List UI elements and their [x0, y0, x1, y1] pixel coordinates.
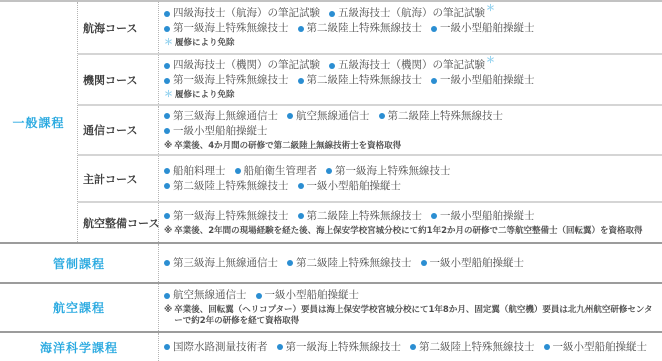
qualification-item: 第一級海上特殊無線技士 — [164, 21, 289, 36]
qualifications-cell: 第三級海上無線通信士第二級陸上特殊無線技士一級小型船舶操縦士 — [158, 244, 662, 282]
qualification-text: 一級小型船舶操縦士 — [307, 179, 402, 194]
note: ＊履修により免除 — [164, 38, 658, 49]
bullet-icon — [431, 78, 437, 84]
qualification-line: 航空無線通信士一級小型船舶操縦士 — [164, 288, 658, 303]
course-row: 国際水路測量技術者第一級海上特殊無線技士第二級陸上特殊無線技士一級小型船舶操縦士 — [158, 333, 662, 361]
bullet-icon — [164, 183, 170, 189]
qualification-text: 第二級陸上特殊無線技士 — [307, 209, 423, 224]
qualification-item: 第一級海上特殊無線技士 — [164, 209, 289, 224]
qualification-item: 一級小型船舶操縦士 — [544, 340, 648, 355]
course-rows: 航空無線通信士一級小型船舶操縦士※卒業後、回転翼（ヘリコプター）要員は海上保安学… — [158, 284, 662, 331]
bullet-icon — [329, 11, 335, 17]
bullet-icon — [287, 113, 293, 119]
bullet-icon — [164, 293, 170, 299]
qualifications-cell: 国際水路測量技術者第一級海上特殊無線技士第二級陸上特殊無線技士一級小型船舶操縦士 — [158, 333, 662, 361]
exemption-asterisk: ＊ — [486, 54, 495, 69]
note: ※卒業後、2年間の現場経験を経た後、海上保安学校宮城分校にて約1年2か月の研修で… — [164, 226, 658, 237]
course-row: 航海コース四級海技士（航海）の筆記試験五級海技士（航海）の筆記試験＊第一級海上特… — [78, 2, 662, 53]
qualification-text: 第二級陸上特殊無線技士 — [307, 73, 423, 88]
qualification-item: 航空無線通信士 — [287, 109, 370, 124]
course-section: 管制課程第三級海上無線通信士第二級陸上特殊無線技士一級小型船舶操縦士 — [0, 242, 662, 282]
bullet-icon — [326, 168, 332, 174]
qualification-line: 四級海技士（機関）の筆記試験五級海技士（機関）の筆記試験＊ — [164, 58, 658, 73]
bullet-icon — [164, 63, 170, 69]
qualification-line: 一級小型船舶操縦士 — [164, 124, 658, 139]
qualification-item: 第一級海上特殊無線技士 — [164, 73, 289, 88]
qualification-line: 船舶料理士船舶衛生管理者第一級海上特殊無線技士 — [164, 164, 658, 179]
qualification-text: 第二級陸上特殊無線技士 — [388, 109, 504, 124]
qualification-item: 第一級海上特殊無線技士 — [277, 340, 402, 355]
qualification-text: 一級小型船舶操縦士 — [440, 73, 535, 88]
note-mark: ＊ — [164, 38, 173, 49]
category-cell: 管制課程 — [0, 244, 158, 282]
qualification-item: 一級小型船舶操縦士 — [431, 21, 535, 36]
bullet-icon — [164, 344, 170, 350]
qualification-text: 五級海技士（航海）の筆記試験 — [338, 6, 485, 21]
qualifications-cell: 四級海技士（機関）の筆記試験五級海技士（機関）の筆記試験＊第一級海上特殊無線技士… — [158, 55, 662, 104]
qualification-text: 航空無線通信士 — [296, 109, 370, 124]
note-text: 履修により免除 — [175, 90, 658, 101]
qualification-text: 船舶衛生管理者 — [244, 164, 318, 179]
course-rows: 国際水路測量技術者第一級海上特殊無線技士第二級陸上特殊無線技士一級小型船舶操縦士 — [158, 333, 662, 361]
course-rows: 航海コース四級海技士（航海）の筆記試験五級海技士（航海）の筆記試験＊第一級海上特… — [78, 2, 662, 242]
qualification-text: 一級小型船舶操縦士 — [430, 256, 525, 271]
course-row: 主計コース船舶料理士船舶衛生管理者第一級海上特殊無線技士第二級陸上特殊無線技士一… — [78, 154, 662, 201]
qualification-line: 国際水路測量技術者第一級海上特殊無線技士第二級陸上特殊無線技士一級小型船舶操縦士 — [164, 340, 658, 355]
qualification-text: 第一級海上特殊無線技士 — [173, 209, 289, 224]
qualification-item: 四級海技士（機関）の筆記試験 — [164, 58, 320, 73]
bullet-icon — [164, 78, 170, 84]
qualification-item: 第一級海上特殊無線技士 — [326, 164, 451, 179]
bullet-icon — [431, 213, 437, 219]
note-text: 卒業後、回転翼（ヘリコプター）要員は海上保安学校宮城分校にて1年8か月、固定翼（… — [174, 305, 658, 327]
qualification-item: 第三級海上無線通信士 — [164, 109, 278, 124]
qualification-line: 第三級海上無線通信士第二級陸上特殊無線技士一級小型船舶操縦士 — [164, 256, 658, 271]
qualifications-cell: 航空無線通信士一級小型船舶操縦士※卒業後、回転翼（ヘリコプター）要員は海上保安学… — [158, 284, 662, 331]
qualifications-cell: 第一級海上特殊無線技士第二級陸上特殊無線技士一級小型船舶操縦士※卒業後、2年間の… — [158, 203, 662, 242]
qualifications-cell: 第三級海上無線通信士航空無線通信士第二級陸上特殊無線技士一級小型船舶操縦士※卒業… — [158, 106, 662, 154]
qualification-item: 第二級陸上特殊無線技士 — [298, 21, 423, 36]
qualification-text: 第一級海上特殊無線技士 — [173, 73, 289, 88]
qualification-table: 一般課程航海コース四級海技士（航海）の筆記試験五級海技士（航海）の筆記試験＊第一… — [0, 0, 662, 361]
note-text: 履修により免除 — [175, 38, 658, 49]
course-name: 通信コース — [78, 106, 158, 154]
qualification-text: 第二級陸上特殊無線技士 — [419, 340, 535, 355]
bullet-icon — [164, 113, 170, 119]
bullet-icon — [410, 344, 416, 350]
qualification-item: 第二級陸上特殊無線技士 — [298, 209, 423, 224]
qualification-text: 第二級陸上特殊無線技士 — [307, 21, 423, 36]
category-cell: 航空課程 — [0, 284, 158, 331]
qualification-text: 一級小型船舶操縦士 — [440, 209, 535, 224]
bullet-icon — [298, 26, 304, 32]
bullet-icon — [164, 128, 170, 134]
course-name: 機関コース — [78, 55, 158, 104]
qualification-item: 四級海技士（航海）の筆記試験 — [164, 6, 320, 21]
qualification-item: 一級小型船舶操縦士 — [298, 179, 402, 194]
qualification-item: 国際水路測量技術者 — [164, 340, 268, 355]
bullet-icon — [235, 168, 241, 174]
qualification-item: 一級小型船舶操縦士 — [421, 256, 525, 271]
qualification-item: 一級小型船舶操縦士 — [431, 209, 535, 224]
course-row: 機関コース四級海技士（機関）の筆記試験五級海技士（機関）の筆記試験＊第一級海上特… — [78, 53, 662, 104]
qualification-item: 第二級陸上特殊無線技士 — [164, 179, 289, 194]
qualification-text: 国際水路測量技術者 — [173, 340, 268, 355]
qualification-text: 第一級海上特殊無線技士 — [173, 21, 289, 36]
qualification-text: 第三級海上無線通信士 — [173, 256, 278, 271]
qualification-item: 第二級陸上特殊無線技士 — [298, 73, 423, 88]
qualification-line: 第一級海上特殊無線技士第二級陸上特殊無線技士一級小型船舶操縦士 — [164, 209, 658, 224]
course-row: 第三級海上無線通信士第二級陸上特殊無線技士一級小型船舶操縦士 — [158, 244, 662, 282]
qualification-line: 第一級海上特殊無線技士第二級陸上特殊無線技士一級小型船舶操縦士 — [164, 21, 658, 36]
course-section: 航空課程航空無線通信士一級小型船舶操縦士※卒業後、回転翼（ヘリコプター）要員は海… — [0, 282, 662, 331]
course-name: 航空整備コース — [78, 203, 158, 242]
qualification-text: 第三級海上無線通信士 — [173, 109, 278, 124]
bullet-icon — [421, 260, 427, 266]
note: ＊履修により免除 — [164, 90, 658, 101]
bullet-icon — [164, 168, 170, 174]
qualification-line: 第二級陸上特殊無線技士一級小型船舶操縦士 — [164, 179, 658, 194]
qualification-text: 第二級陸上特殊無線技士 — [296, 256, 412, 271]
qualification-item: 一級小型船舶操縦士 — [164, 124, 268, 139]
qualification-item: 船舶衛生管理者 — [235, 164, 318, 179]
category-cell: 一般課程 — [0, 2, 78, 242]
bullet-icon — [544, 344, 550, 350]
course-name: 航海コース — [78, 2, 158, 53]
qualification-text: 一級小型船舶操縦士 — [440, 21, 535, 36]
qualification-item: 航空無線通信士 — [164, 288, 247, 303]
qualification-item: 第二級陸上特殊無線技士 — [379, 109, 504, 124]
qualification-text: 一級小型船舶操縦士 — [265, 288, 360, 303]
qualification-item: 第二級陸上特殊無線技士 — [287, 256, 412, 271]
bullet-icon — [277, 344, 283, 350]
note-mark: ＊ — [164, 90, 173, 101]
course-rows: 第三級海上無線通信士第二級陸上特殊無線技士一級小型船舶操縦士 — [158, 244, 662, 282]
qualification-text: 第一級海上特殊無線技士 — [335, 164, 451, 179]
qualification-item: 第二級陸上特殊無線技士 — [410, 340, 535, 355]
qualification-text: 五級海技士（機関）の筆記試験 — [338, 58, 485, 73]
note-text: 卒業後、4か月間の研修で第二級陸上無線技術士を資格取得 — [174, 141, 658, 152]
bullet-icon — [164, 11, 170, 17]
qualification-item: 第三級海上無線通信士 — [164, 256, 278, 271]
qualification-item: 五級海技士（航海）の筆記試験＊ — [329, 6, 495, 21]
qualification-item: 船舶料理士 — [164, 164, 226, 179]
course-row: 通信コース第三級海上無線通信士航空無線通信士第二級陸上特殊無線技士一級小型船舶操… — [78, 104, 662, 154]
qualifications-cell: 船舶料理士船舶衛生管理者第一級海上特殊無線技士第二級陸上特殊無線技士一級小型船舶… — [158, 156, 662, 201]
note-mark: ※ — [164, 141, 172, 152]
note-mark: ※ — [164, 305, 172, 316]
category-cell: 海洋科学課程 — [0, 333, 158, 361]
course-section: 海洋科学課程国際水路測量技術者第一級海上特殊無線技士第二級陸上特殊無線技士一級小… — [0, 331, 662, 361]
qualification-text: 船舶料理士 — [173, 164, 226, 179]
qualifications-cell: 四級海技士（航海）の筆記試験五級海技士（航海）の筆記試験＊第一級海上特殊無線技士… — [158, 2, 662, 53]
qualification-item: 一級小型船舶操縦士 — [256, 288, 360, 303]
bullet-icon — [431, 26, 437, 32]
bullet-icon — [298, 78, 304, 84]
bullet-icon — [164, 26, 170, 32]
qualification-line: 第一級海上特殊無線技士第二級陸上特殊無線技士一級小型船舶操縦士 — [164, 73, 658, 88]
qualification-text: 航空無線通信士 — [173, 288, 247, 303]
bullet-icon — [298, 213, 304, 219]
bullet-icon — [164, 213, 170, 219]
qualification-line: 第三級海上無線通信士航空無線通信士第二級陸上特殊無線技士 — [164, 109, 658, 124]
note: ※卒業後、回転翼（ヘリコプター）要員は海上保安学校宮城分校にて1年8か月、固定翼… — [164, 305, 658, 327]
qualification-text: 第一級海上特殊無線技士 — [286, 340, 402, 355]
bullet-icon — [329, 63, 335, 69]
course-row: 航空整備コース第一級海上特殊無線技士第二級陸上特殊無線技士一級小型船舶操縦士※卒… — [78, 201, 662, 242]
qualification-text: 一級小型船舶操縦士 — [173, 124, 268, 139]
qualification-line: 四級海技士（航海）の筆記試験五級海技士（航海）の筆記試験＊ — [164, 6, 658, 21]
bullet-icon — [287, 260, 293, 266]
course-name: 主計コース — [78, 156, 158, 201]
exemption-asterisk: ＊ — [486, 2, 495, 17]
qualification-text: 一級小型船舶操縦士 — [553, 340, 648, 355]
qualification-item: 五級海技士（機関）の筆記試験＊ — [329, 58, 495, 73]
qualification-text: 四級海技士（航海）の筆記試験 — [173, 6, 320, 21]
bullet-icon — [256, 293, 262, 299]
course-row: 航空無線通信士一級小型船舶操縦士※卒業後、回転翼（ヘリコプター）要員は海上保安学… — [158, 284, 662, 331]
qualification-text: 四級海技士（機関）の筆記試験 — [173, 58, 320, 73]
note-mark: ※ — [164, 226, 172, 237]
bullet-icon — [298, 183, 304, 189]
qualification-text: 第二級陸上特殊無線技士 — [173, 179, 289, 194]
bullet-icon — [164, 260, 170, 266]
bullet-icon — [379, 113, 385, 119]
qualification-item: 一級小型船舶操縦士 — [431, 73, 535, 88]
course-section: 一般課程航海コース四級海技士（航海）の筆記試験五級海技士（航海）の筆記試験＊第一… — [0, 2, 662, 242]
note: ※卒業後、4か月間の研修で第二級陸上無線技術士を資格取得 — [164, 141, 658, 152]
note-text: 卒業後、2年間の現場経験を経た後、海上保安学校宮城分校にて約1年2か月の研修で二… — [174, 226, 658, 237]
